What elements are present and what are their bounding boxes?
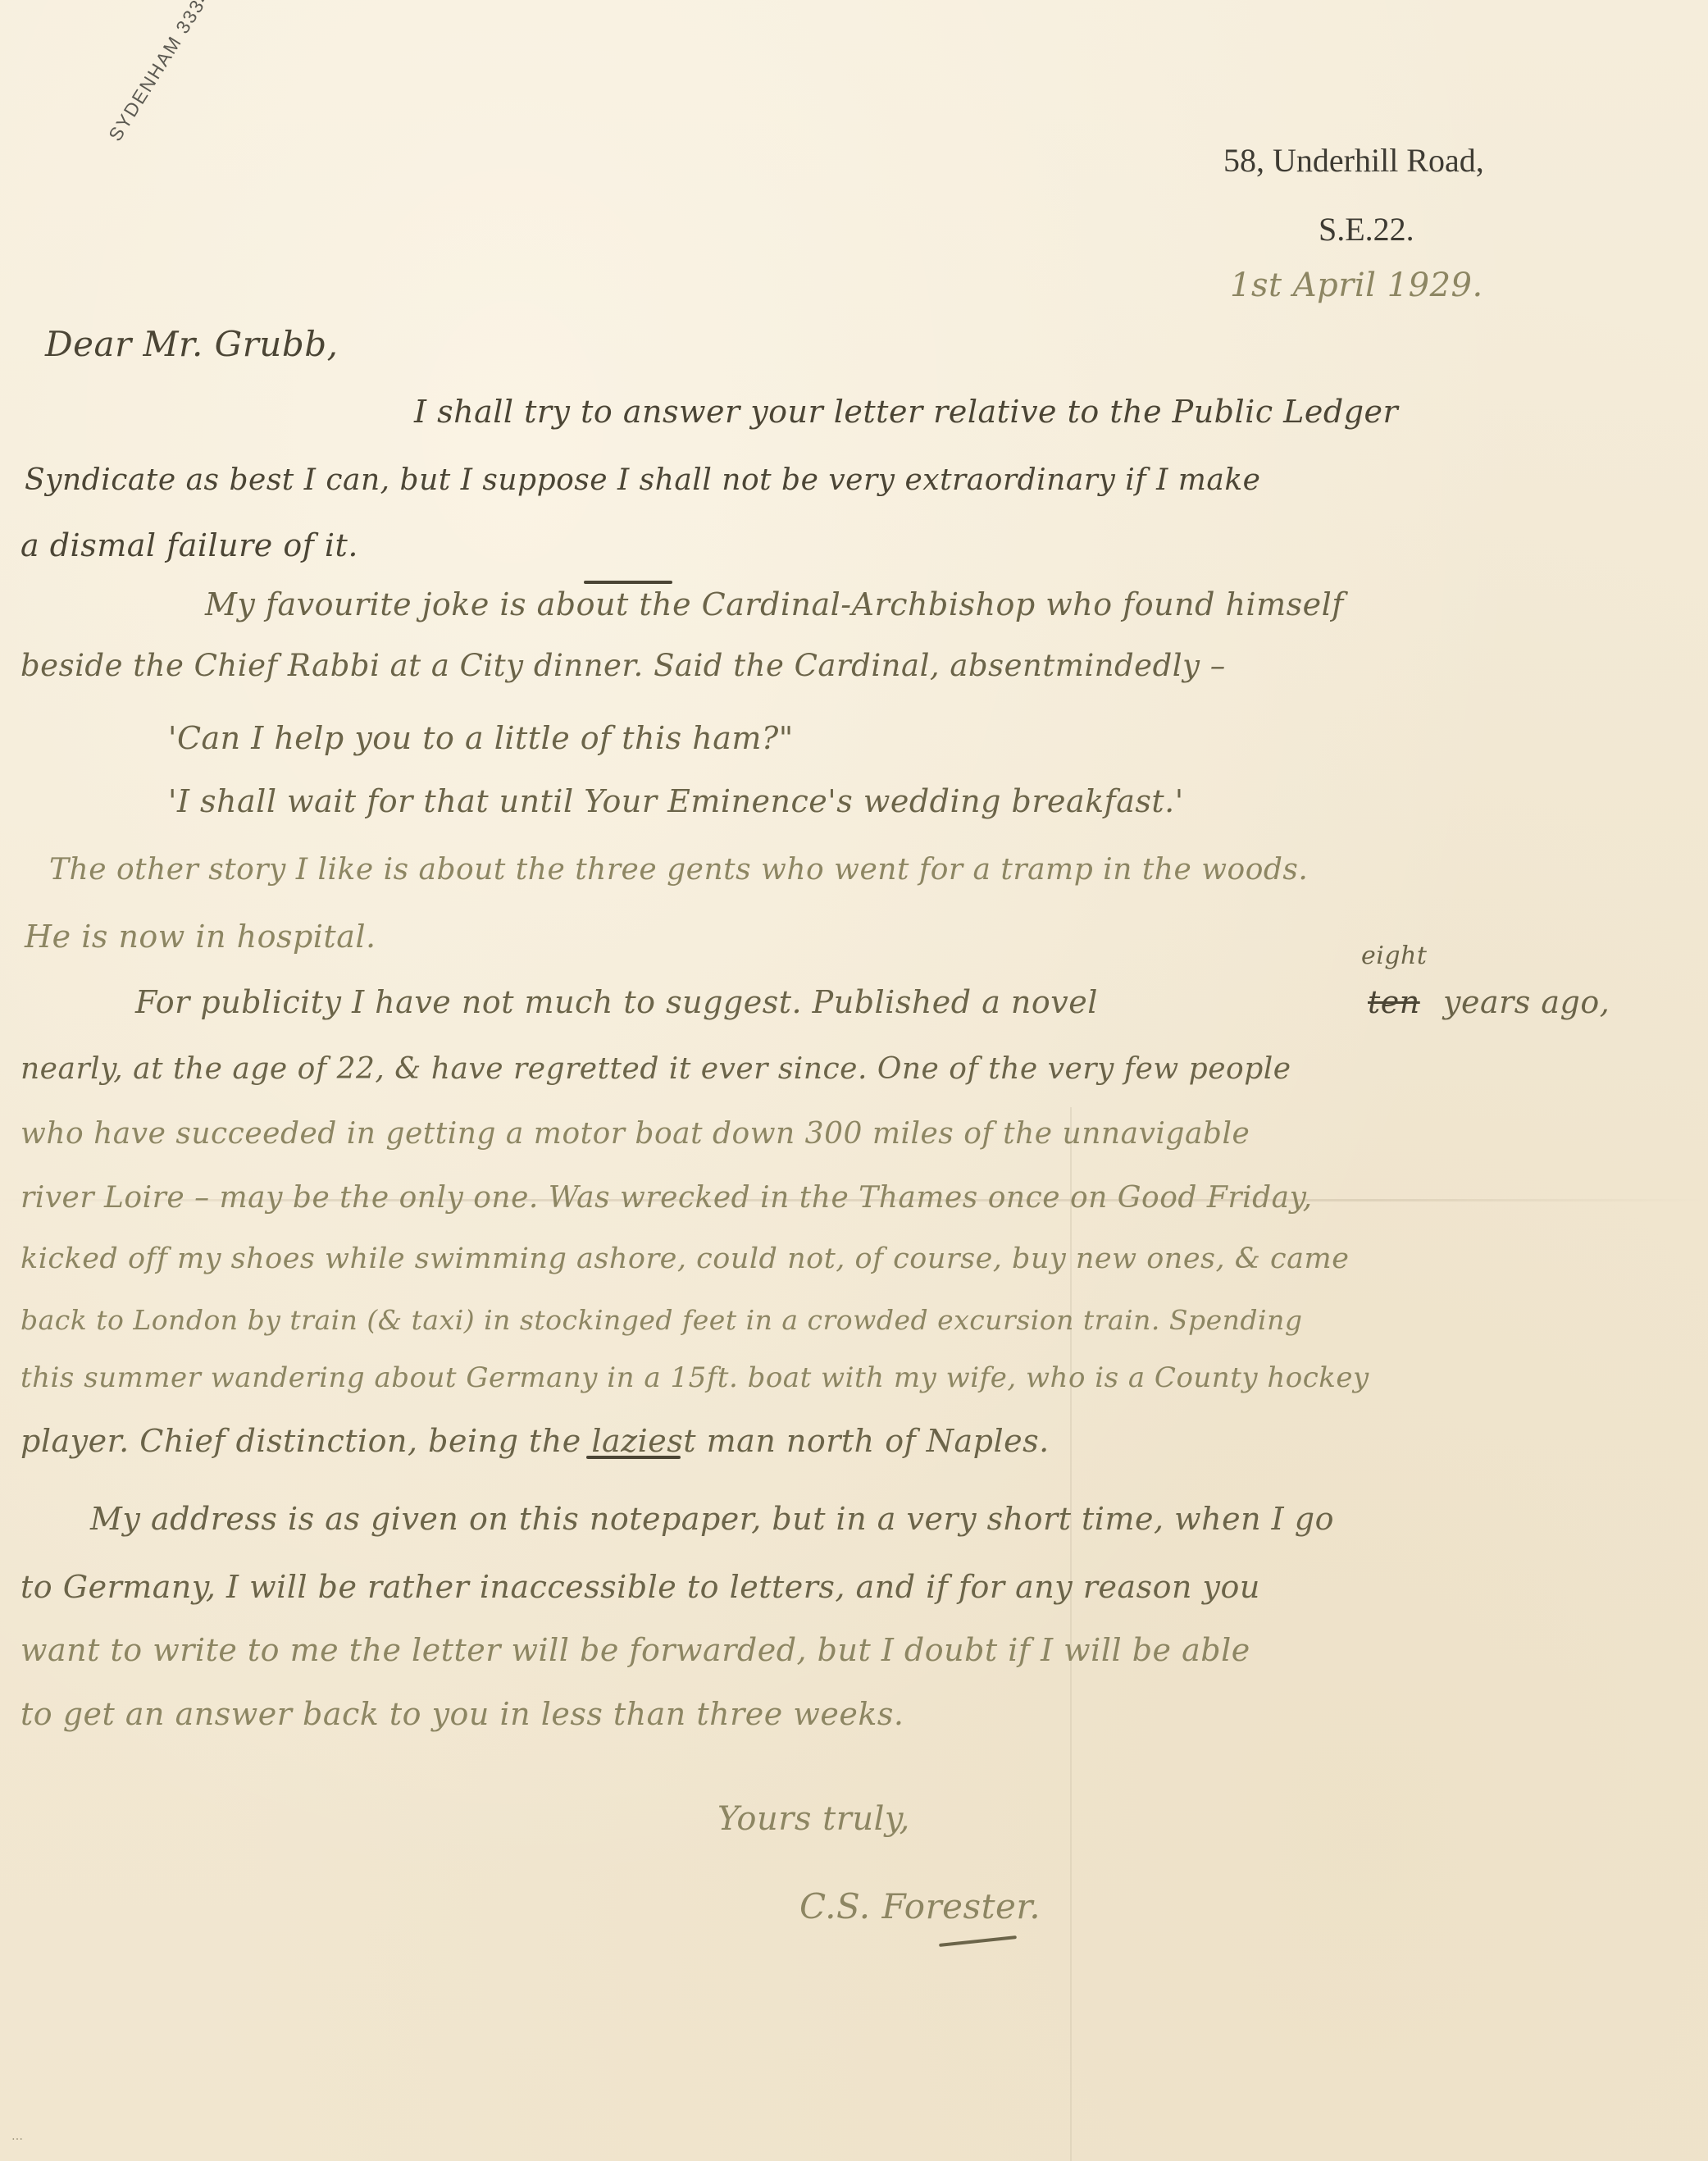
- body-line: this summer wandering about Germany in a…: [20, 1361, 1369, 1394]
- letter-page: SYDENHAM 3334. 58, Underhill Road, S.E.2…: [0, 0, 1708, 2161]
- body-line: beside the Chief Rabbi at a City dinner.…: [20, 648, 1226, 683]
- section-divider: [586, 1456, 681, 1459]
- signature-underline: [939, 1935, 1017, 1947]
- letterhead-address-line-1: 58, Underhill Road,: [1223, 141, 1484, 180]
- salutation: Dear Mr. Grubb,: [45, 324, 338, 364]
- body-line: My address is as given on this notepaper…: [90, 1501, 1334, 1537]
- section-divider: [584, 581, 672, 584]
- body-line: back to London by train (& taxi) in stoc…: [20, 1304, 1302, 1336]
- body-line: My favourite joke is about the Cardinal-…: [205, 586, 1344, 622]
- letterhead-address-line-2: S.E.22.: [1319, 210, 1414, 248]
- inserted-correction: eight: [1361, 941, 1427, 970]
- body-line: Syndicate as best I can, but I suppose I…: [25, 463, 1260, 497]
- signature: C.S. Forester.: [799, 1886, 1041, 1926]
- body-line: player. Chief distinction, being the laz…: [20, 1423, 1050, 1459]
- letter-date: 1st April 1929.: [1230, 267, 1483, 304]
- body-line: I shall try to answer your letter relati…: [414, 394, 1398, 430]
- body-line: The other story I like is about the thre…: [49, 853, 1308, 887]
- corner-mark: …: [11, 2130, 23, 2143]
- body-line: who have succeeded in getting a motor bo…: [20, 1117, 1250, 1151]
- body-line: a dismal failure of it.: [20, 527, 358, 563]
- body-line: to get an answer back to you in less tha…: [20, 1696, 904, 1732]
- body-line: years ago,: [1443, 984, 1610, 1020]
- body-line: nearly, at the age of 22, & have regrett…: [20, 1052, 1291, 1086]
- body-line: 'Can I help you to a little of this ham?…: [168, 720, 794, 756]
- body-line: river Loire – may be the only one. Was w…: [20, 1181, 1313, 1215]
- body-line: He is now in hospital.: [25, 919, 376, 955]
- body-line: kicked off my shoes while swimming ashor…: [20, 1242, 1349, 1275]
- struck-word: ten: [1368, 984, 1420, 1020]
- body-line: want to write to me the letter will be f…: [20, 1632, 1250, 1668]
- letterhead-telephone: SYDENHAM 3334.: [104, 0, 220, 145]
- body-line: 'I shall wait for that until Your Eminen…: [168, 783, 1184, 819]
- body-line: to Germany, I will be rather inaccessibl…: [20, 1569, 1260, 1605]
- body-line: For publicity I have not much to suggest…: [135, 984, 1098, 1020]
- closing: Yours truly,: [717, 1800, 910, 1838]
